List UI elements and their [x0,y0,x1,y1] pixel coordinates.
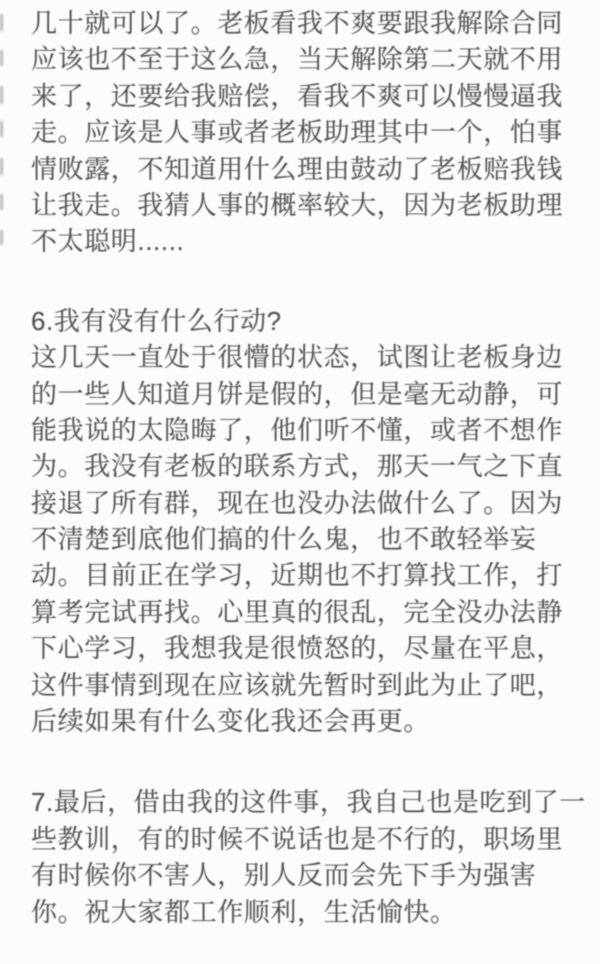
clipped-character-fragment [0,194,3,210]
text-line: 后续如果有什么变化我还会再更。 [31,703,579,739]
clipped-character-fragment [0,50,3,66]
text-line: 有时候你不害人，别人反而会先下手为强害 [31,857,579,893]
text-line: 不太聪明...... [31,223,579,259]
text-line: 几十就可以了。老板看我不爽要跟我解除合同 [31,5,579,41]
clipped-character-fragment [0,158,3,175]
paragraph: 几十就可以了。老板看我不爽要跟我解除合同应该也不至于这么急，当天解除第二天就不用… [31,5,579,260]
post-text: 几十就可以了。老板看我不爽要跟我解除合同应该也不至于这么急，当天解除第二天就不用… [31,5,579,930]
clipped-character-fragment [0,230,3,245]
text-line: 这件事情到现在应该就先暂时到此为止了吧， [31,667,579,703]
text-line: 动。目前正在学习，近期也不打算找工作，打 [31,557,579,593]
text-line: 接退了所有群，现在也没办法做什么了。因为 [31,485,579,521]
text-line: 能我说的太隐晦了，他们听不懂，或者不想作 [31,412,579,448]
paragraph: 6.我有没有什么行动?这几天一直处于很懵的状态，试图让老板身边的一些人知道月饼是… [31,303,579,740]
text-line: 7.最后，借由我的这件事，我自己也是吃到了一 [31,784,579,820]
text-line: 不清楚到底他们搞的什么鬼，也不敢轻举妄 [31,521,579,557]
text-line: 你。祝大家都工作顺利，生活愉快。 [31,894,579,930]
clipped-character-fragment [0,121,3,137]
clipped-character-fragment [0,86,3,104]
clipped-character-fragment [0,14,3,31]
text-line: 的一些人知道月饼是假的，但是毫无动静，可 [31,376,579,412]
text-line: 6.我有没有什么行动? [31,303,579,339]
text-post-page: 几十就可以了。老板看我不爽要跟我解除合同应该也不至于这么急，当天解除第二天就不用… [0,0,600,964]
text-line: 这几天一直处于很懵的状态，试图让老板身边 [31,339,579,375]
text-line: 情败露，不知道用什么理由鼓动了老板赔我钱 [31,151,579,187]
paragraph: 7.最后，借由我的这件事，我自己也是吃到了一些教训，有的时候不说话也是不行的，职… [31,784,579,930]
text-line: 算考完试再找。心里真的很乱，完全没办法静 [31,594,579,630]
text-line: 来了，还要给我赔偿，看我不爽可以慢慢逼我 [31,78,579,114]
text-line: 应该也不至于这么急，当天解除第二天就不用 [31,41,579,77]
text-line: 为。我没有老板的联系方式，那天一气之下直 [31,448,579,484]
text-line: 走。应该是人事或者老板助理其中一个，怕事 [31,114,579,150]
text-line: 让我走。我猜人事的概率较大，因为老板助理 [31,187,579,223]
text-line: 些教训，有的时候不说话也是不行的，职场里 [31,821,579,857]
text-line: 下心学习，我想我是很愤怒的，尽量在平息， [31,630,579,666]
